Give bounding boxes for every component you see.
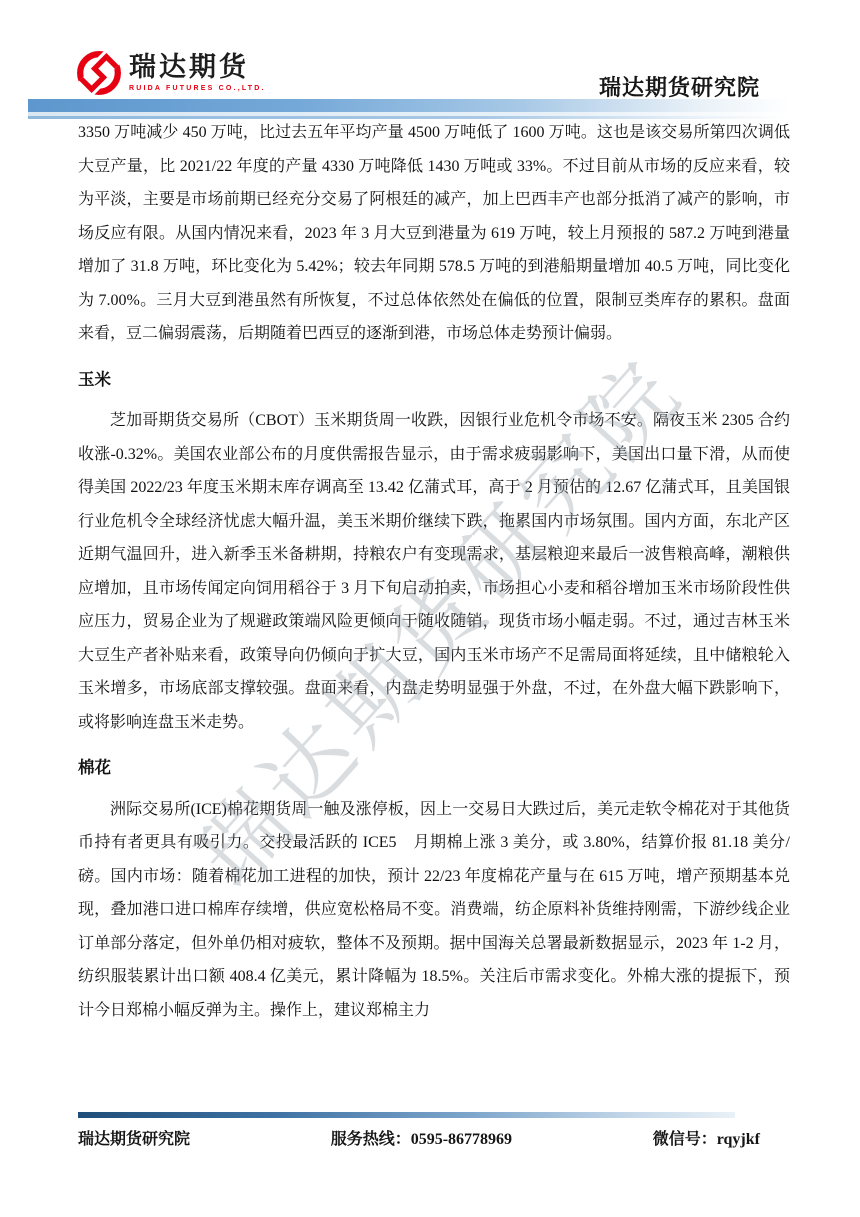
header-institute-title: 瑞达期货研究院 <box>599 71 760 102</box>
footer-hotline: 服务热线：0595-86778969 <box>331 1126 512 1149</box>
logo-name-cn: 瑞达期货 <box>129 54 266 81</box>
footer-wechat: 微信号：rqyjkf <box>653 1126 760 1149</box>
company-logo: 瑞达期货 RUIDA FUTURES CO.,LTD. <box>76 50 266 96</box>
ruida-logo-icon <box>76 50 122 96</box>
paragraph-soybean: 3350 万吨减少 450 万吨，比过去五年平均产量 4500 万吨低了 160… <box>78 116 790 351</box>
paragraph-cotton: 洲际交易所(ICE)棉花期货周一触及涨停板，因上一交易日大跌过后，美元走软令棉花… <box>78 793 790 1028</box>
footer-wechat-label: 微信号： <box>653 1131 717 1148</box>
logo-text: 瑞达期货 RUIDA FUTURES CO.,LTD. <box>129 54 266 92</box>
report-page: 瑞达期货 RUIDA FUTURES CO.,LTD. 瑞达期货研究院 3350… <box>0 0 860 1217</box>
logo-name-en: RUIDA FUTURES CO.,LTD. <box>129 85 266 92</box>
report-body: 3350 万吨减少 450 万吨，比过去五年平均产量 4500 万吨低了 160… <box>78 116 790 1027</box>
footer-divider-bar <box>78 1112 735 1118</box>
footer-wechat-id: rqyjkf <box>717 1131 760 1148</box>
footer-hotline-number: 0595-86778969 <box>411 1131 512 1148</box>
section-heading-cotton: 棉花 <box>78 751 790 785</box>
footer-institute: 瑞达期货研究院 <box>78 1126 190 1149</box>
paragraph-corn: 芝加哥期货交易所（CBOT）玉米期货周一收跌，因银行业危机令市场不安。隔夜玉米 … <box>78 404 790 739</box>
section-heading-corn: 玉米 <box>78 363 790 397</box>
footer: 瑞达期货研究院 服务热线：0595-86778969 微信号：rqyjkf <box>78 1126 760 1149</box>
footer-hotline-label: 服务热线： <box>331 1131 411 1148</box>
header-divider-bar <box>28 99 790 112</box>
